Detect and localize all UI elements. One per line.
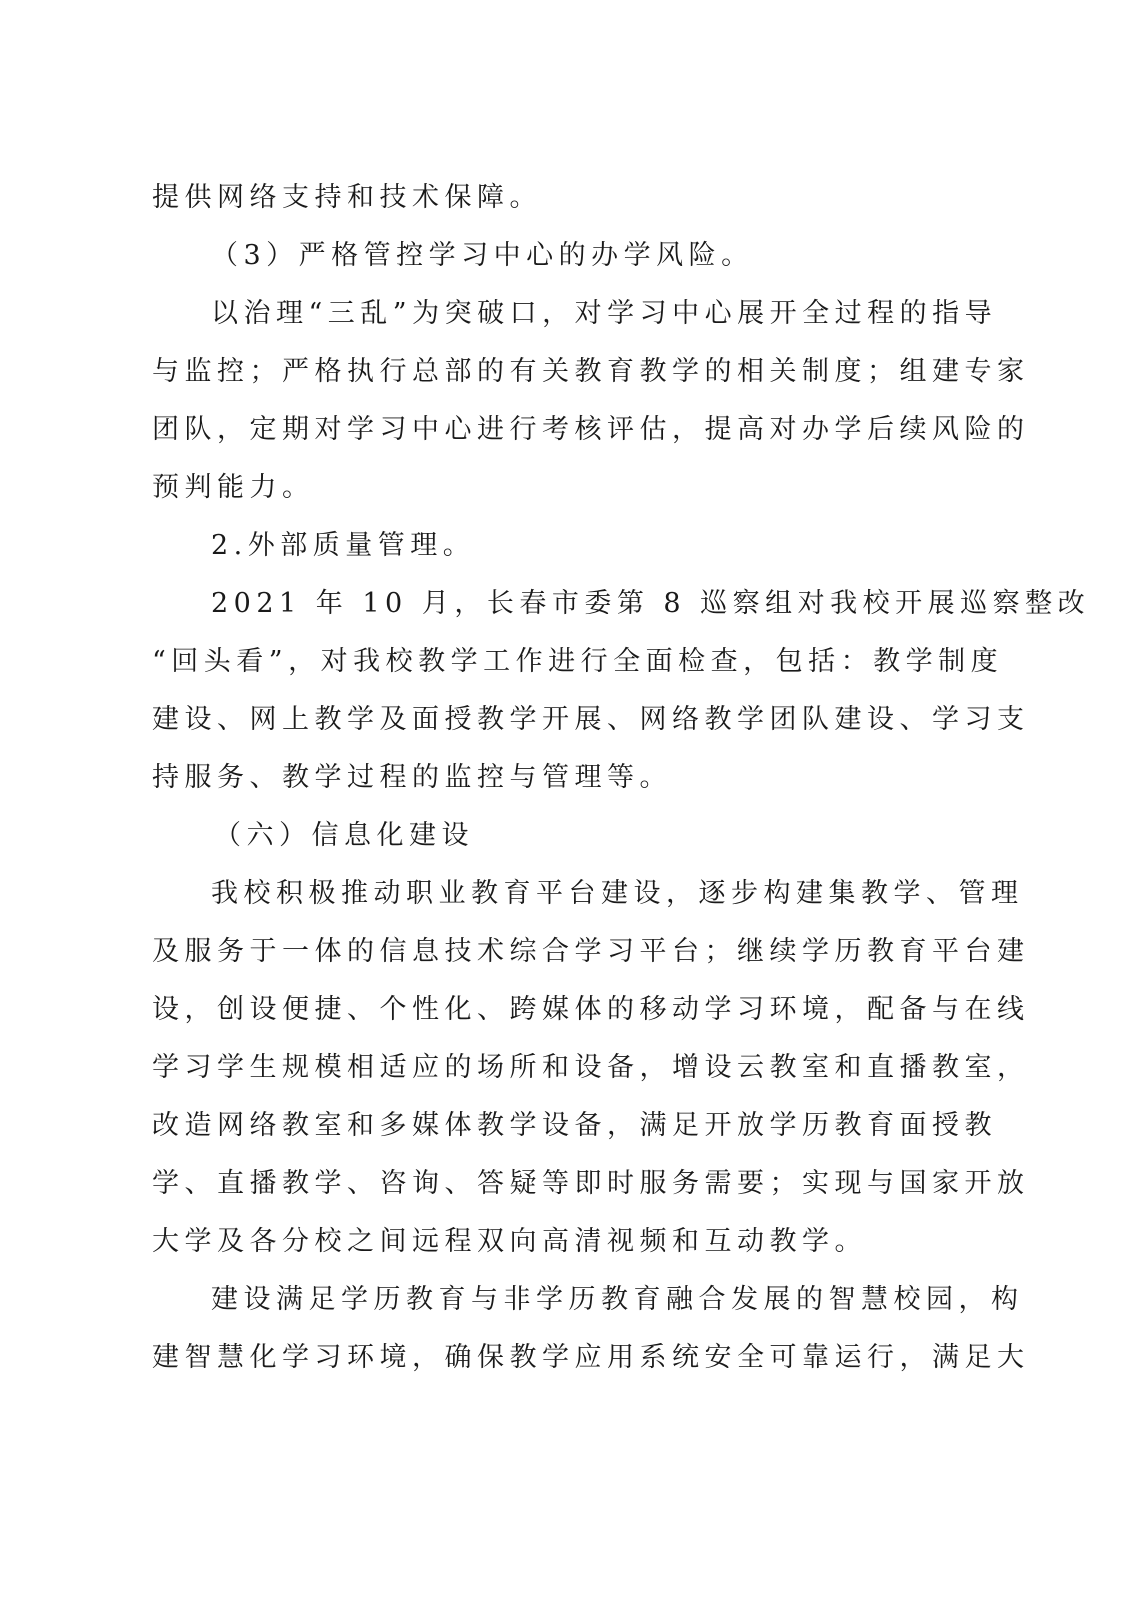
- text-line: 学、直播教学、咨询、答疑等即时服务需要；实现与国家开放: [152, 1162, 952, 1220]
- text-line: “回头看”，对我校教学工作进行全面检查，包括：教学制度: [152, 640, 952, 698]
- text-line: 建智慧化学习环境，确保教学应用系统安全可靠运行，满足大: [152, 1336, 952, 1394]
- paragraph-start: 建设满足学历教育与非学历教育融合发展的智慧校园，构: [152, 1278, 952, 1336]
- text-line: 持服务、教学过程的监控与管理等。: [152, 756, 952, 814]
- text-line: 大学及各分校之间远程双向高清视频和互动教学。: [152, 1220, 952, 1278]
- text-line: 与监控；严格执行总部的有关教育教学的相关制度；组建专家: [152, 350, 952, 408]
- subsection-heading-3: （3）严格管控学习中心的办学风险。: [152, 234, 952, 292]
- paragraph-start: 以治理“三乱”为突破口，对学习中心展开全过程的指导: [152, 292, 952, 350]
- text-line: 建设、网上教学及面授教学开展、网络教学团队建设、学习支: [152, 698, 952, 756]
- subsection-heading-2: 2.外部质量管理。: [152, 524, 952, 582]
- document-page: 提供网络支持和技术保障。 （3）严格管控学习中心的办学风险。 以治理“三乱”为突…: [152, 176, 952, 1394]
- text-line: 学习学生规模相适应的场所和设备，增设云教室和直播教室，: [152, 1046, 952, 1104]
- text-line: 团队，定期对学习中心进行考核评估，提高对办学后续风险的: [152, 408, 952, 466]
- text-line: 设，创设便捷、个性化、跨媒体的移动学习环境，配备与在线: [152, 988, 952, 1046]
- text-line: 及服务于一体的信息技术综合学习平台；继续学历教育平台建: [152, 930, 952, 988]
- paragraph-start: 我校积极推动职业教育平台建设，逐步构建集教学、管理: [152, 872, 952, 930]
- text-line: 提供网络支持和技术保障。: [152, 176, 952, 234]
- text-line: 预判能力。: [152, 466, 952, 524]
- paragraph-start: 2021 年 10 月，长春市委第 8 巡察组对我校开展巡察整改: [152, 582, 952, 640]
- section-heading-6: （六）信息化建设: [152, 814, 952, 872]
- text-line: 改造网络教室和多媒体教学设备，满足开放学历教育面授教: [152, 1104, 952, 1162]
